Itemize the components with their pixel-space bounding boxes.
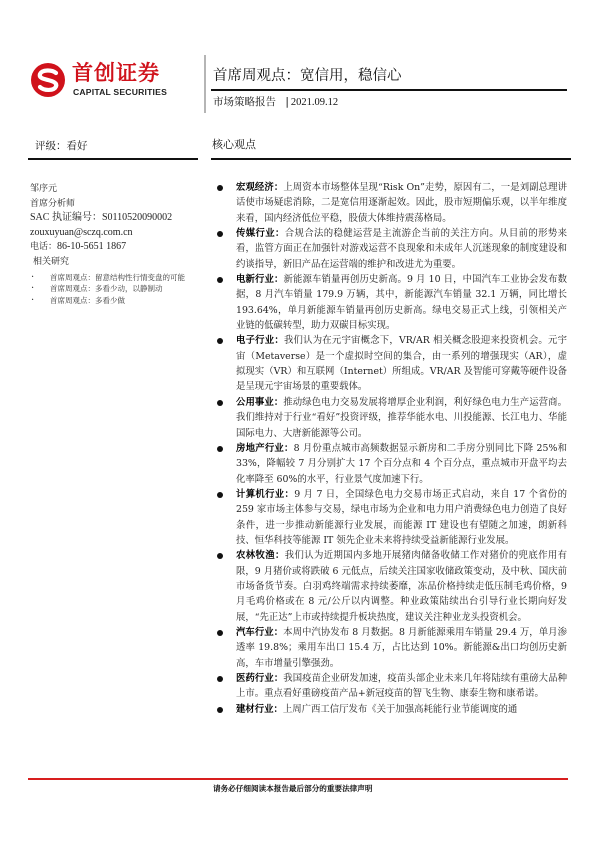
sector-label: 农林牧渔： <box>236 550 285 561</box>
core-views-rule <box>211 158 571 160</box>
report-type: 市场策略报告 <box>213 96 276 108</box>
core-view-item: 农林牧渔：我们认为近期国内多地开展猪肉储备收储工作对猪价的兜底作用有限，9 月猪… <box>217 548 567 625</box>
sector-label: 电子行业： <box>236 335 284 346</box>
legal-disclaimer: 请务必仔细阅读本报告最后部分的重要法律声明 <box>213 783 372 794</box>
core-view-item: 计算机行业：9 月 7 日，全国绿色电力交易市场正式启动，来自 17 个省份的 … <box>217 487 567 548</box>
core-view-item: 公用事业：推动绿色电力交易发展将增厚企业利润，利好绿色电力生产运营商。我们维持对… <box>217 395 567 441</box>
analyst-name: 邹序元 <box>30 182 200 197</box>
sector-text: 我国疫苗企业研发加速，疫苗头部企业未来几年将陆续有重磅大品种上市。重点看好重磅疫… <box>236 673 567 699</box>
related-research-item[interactable]: 首席周观点：多看少做 <box>30 295 200 307</box>
analyst-sac: SAC 执证编号：S0110520090002 <box>30 211 200 226</box>
analyst-email[interactable]: zouxuyuan@sczq.com.cn <box>30 226 200 241</box>
report-date: 2021.09.12 <box>291 97 338 108</box>
header-divider <box>204 55 206 113</box>
footer-rule <box>28 778 568 780</box>
bullet-icon <box>217 446 223 452</box>
core-views-title: 核心观点 <box>212 136 256 152</box>
sector-label: 汽车行业： <box>236 627 283 638</box>
bullet-icon <box>217 707 223 713</box>
logo-name-en: CAPITAL SECURITIES <box>73 87 167 97</box>
sector-label: 房地产行业： <box>236 443 294 454</box>
title-rule <box>211 89 567 91</box>
related-research-item[interactable]: 首席周观点：多看少动，以静制动 <box>30 283 200 295</box>
logo-name-cn: 首创证券 <box>72 61 160 85</box>
phone-number: 86-10-5651 1867 <box>57 241 126 252</box>
bullet-icon <box>217 630 223 636</box>
sac-number: S0110520090002 <box>102 212 172 223</box>
sector-label: 公用事业： <box>236 397 283 408</box>
sector-text: 本周中汽协发布 8 月数据。8 月新能源乘用车销量 29.4 万，单月渗透率 1… <box>236 627 567 669</box>
report-title: 首席周观点：宽信用，稳信心 <box>213 64 402 85</box>
sector-label: 宏观经济： <box>236 182 283 193</box>
bullet-icon <box>217 676 223 682</box>
sac-label: SAC 执证编号： <box>30 212 102 223</box>
sector-text: 新能源车销量再创历史新高。9 月 10 日，中国汽车工业协会发布数据，8 月汽车… <box>236 274 567 331</box>
bullet-icon <box>217 231 223 237</box>
sector-label: 医药行业： <box>236 673 283 684</box>
sector-label: 传媒行业： <box>236 228 285 239</box>
capital-securities-logo-icon <box>30 62 66 98</box>
rating-label: 评级：看好 <box>35 138 88 153</box>
bullet-icon <box>217 185 223 191</box>
sector-label: 建材行业： <box>236 704 283 715</box>
core-view-item: 汽车行业：本周中汽协发布 8 月数据。8 月新能源乘用车销量 29.4 万，单月… <box>217 625 567 671</box>
sector-label: 计算机行业： <box>236 489 294 500</box>
sector-text: 我们认为在元宇宙概念下，VR/AR 相关概念股迎来投资机会。元宇宙（Metave… <box>236 335 567 392</box>
core-view-item: 电子行业：我们认为在元宇宙概念下，VR/AR 相关概念股迎来投资机会。元宇宙（M… <box>217 333 567 394</box>
analyst-phone: 电话：86-10-5651 1867 <box>30 240 200 255</box>
bullet-icon <box>217 400 223 406</box>
core-view-item: 宏观经济：上周资本市场整体呈现“Risk On”走势，原因有二，一是刘副总理讲话… <box>217 180 567 226</box>
bullet-icon <box>217 277 223 283</box>
core-views-list: 宏观经济：上周资本市场整体呈现“Risk On”走势，原因有二，一是刘副总理讲话… <box>217 180 567 717</box>
bullet-icon <box>217 338 223 344</box>
rating-rule <box>28 158 198 160</box>
sector-text: 我们认为近期国内多地开展猪肉储备收储工作对猪价的兜底作用有限，9 月猪价或将跌破… <box>236 550 567 622</box>
analyst-role: 首席分析师 <box>30 197 200 212</box>
sector-text: 合规合法的稳健运营是主流游企当前的关注方向。从目前的形势来看，监管方面正在加强针… <box>236 228 567 270</box>
sector-text: 推动绿色电力交易发展将增厚企业利润，利好绿色电力生产运营商。我们维持对于行业“看… <box>236 397 567 439</box>
report-subtitle: 市场策略报告 |2021.09.12 <box>213 94 338 109</box>
bullet-icon <box>217 492 223 498</box>
related-research-list: 首席周观点：留意结构性行情变盘的可能 首席周观点：多看少动，以静制动 首席周观点… <box>30 272 200 307</box>
related-research-item[interactable]: 首席周观点：留意结构性行情变盘的可能 <box>30 272 200 284</box>
core-view-item: 电新行业：新能源车销量再创历史新高。9 月 10 日，中国汽车工业协会发布数据，… <box>217 272 567 333</box>
core-view-item: 医药行业：我国疫苗企业研发加速，疫苗头部企业未来几年将陆续有重磅大品种上市。重点… <box>217 671 567 702</box>
core-view-item: 传媒行业：合规合法的稳健运营是主流游企当前的关注方向。从目前的形势来看，监管方面… <box>217 226 567 272</box>
separator: | <box>285 96 289 108</box>
core-view-item: 房地产行业：8 月份重点城市高频数据显示新房和二手房分别同比下降 25%和 33… <box>217 441 567 487</box>
sector-text: 上周广西工信厅发布《关于加强高耗能行业节能调度的通 <box>283 704 517 715</box>
company-logo: 首创证券 CAPITAL SECURITIES <box>30 60 200 102</box>
sector-text: 上周资本市场整体呈现“Risk On”走势，原因有二，一是刘副总理讲话使市场疑虑… <box>236 182 567 224</box>
core-view-item: 建材行业：上周广西工信厅发布《关于加强高耗能行业节能调度的通 <box>217 702 567 717</box>
bullet-icon <box>217 553 223 559</box>
related-research-title: 相关研究 <box>33 255 200 270</box>
phone-label: 电话： <box>30 242 57 252</box>
analyst-info: 邹序元 首席分析师 SAC 执证编号：S0110520090002 zouxuy… <box>30 182 200 306</box>
sector-label: 电新行业： <box>236 274 283 285</box>
